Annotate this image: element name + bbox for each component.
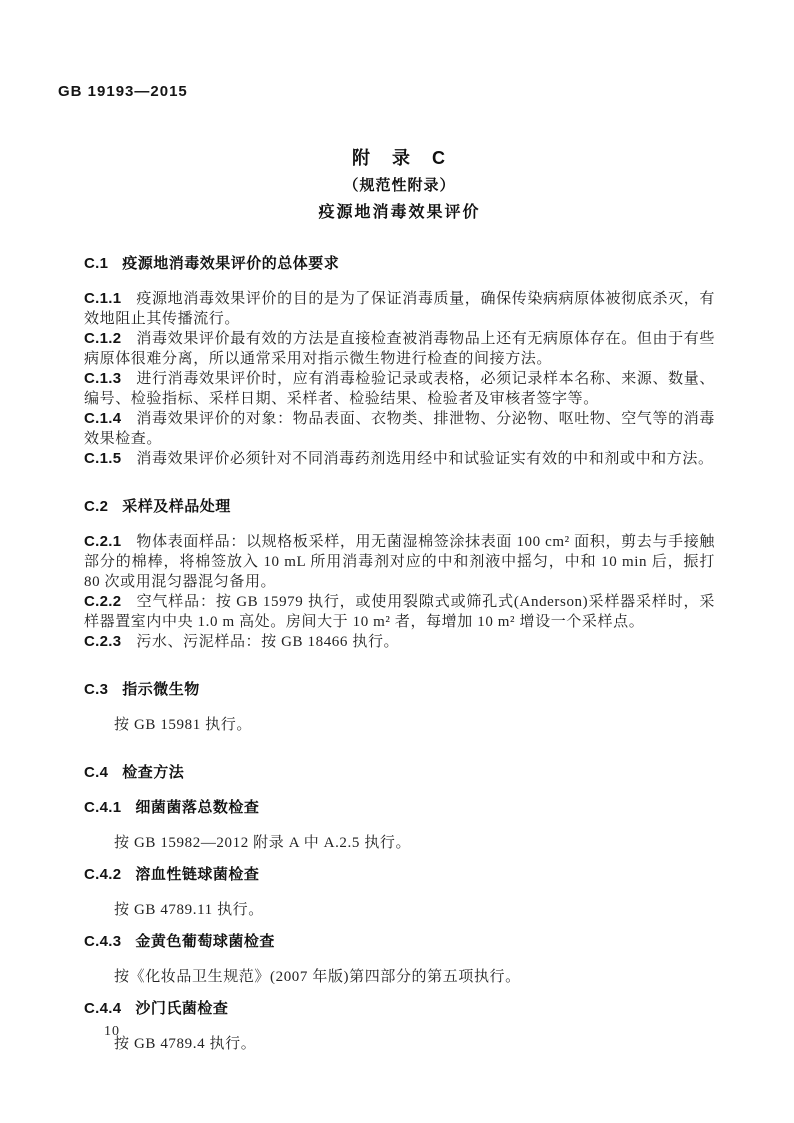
clause-c4-1-body: 按 GB 15982—2012 附录 A 中 A.2.5 执行。: [84, 833, 715, 853]
subsection-heading-c4-3: C.4.3金黄色葡萄球菌检查: [84, 932, 715, 952]
clause-text: 污水、污泥样品：按 GB 18466 执行。: [136, 634, 399, 650]
clause-c4-3-body: 按《化妆品卫生规范》(2007 年版)第四部分的第五项执行。: [84, 967, 715, 987]
subsection-number: C.4.1: [84, 799, 121, 816]
clause-text: 消毒效果评价的对象：物品表面、衣物类、排泄物、分泌物、呕吐物、空气等的消毒效果检…: [84, 411, 715, 447]
subsection-title-text: 金黄色葡萄球菌检查: [135, 933, 275, 950]
clause-c4-2-body: 按 GB 4789.11 执行。: [84, 900, 715, 920]
clause-text: 空气样品：按 GB 15979 执行，或使用裂隙式或筛孔式(Anderson)采…: [84, 594, 715, 630]
document-body: 附 录 C （规范性附录） 疫源地消毒效果评价 C.1疫源地消毒效果评价的总体要…: [84, 141, 715, 1065]
clause-c1-2: C.1.2消毒效果评价最有效的方法是直接检查被消毒物品上还有无病原体存在。但由于…: [84, 329, 715, 369]
section-title-text: 指示微生物: [122, 681, 200, 698]
clause-text: 进行消毒效果评价时，应有消毒检验记录或表格，必须记录样本名称、来源、数量、编号、…: [84, 371, 715, 407]
subsection-title-text: 沙门氏菌检查: [135, 1000, 228, 1017]
section-number: C.4: [84, 764, 108, 781]
clause-text: 物体表面样品：以规格板采样，用无菌湿棉签涂抹表面 100 cm² 面积，剪去与手…: [84, 534, 715, 590]
page-number: 10: [104, 1024, 120, 1040]
section-heading-c1: C.1疫源地消毒效果评价的总体要求: [84, 254, 715, 274]
subsection-heading-c4-2: C.4.2溶血性链球菌检查: [84, 865, 715, 885]
clause-c1-5: C.1.5消毒效果评价必须针对不同消毒药剂选用经中和试验证实有效的中和剂或中和方…: [84, 449, 715, 469]
clause-c2-1: C.2.1物体表面样品：以规格板采样，用无菌湿棉签涂抹表面 100 cm² 面积…: [84, 532, 715, 592]
section-number: C.2: [84, 498, 108, 515]
clause-text: 消毒效果评价最有效的方法是直接检查被消毒物品上还有无病原体存在。但由于有些病原体…: [84, 331, 715, 367]
section-heading-c4: C.4检查方法: [84, 763, 715, 783]
clause-text: 疫源地消毒效果评价的目的是为了保证消毒质量，确保传染病病原体被彻底杀灭，有效地阻…: [84, 291, 715, 327]
document-page: GB 19193—2015 附 录 C （规范性附录） 疫源地消毒效果评价 C.…: [0, 0, 794, 1123]
clause-number: C.1.2: [84, 330, 121, 347]
section-title-text: 疫源地消毒效果评价的总体要求: [122, 255, 339, 272]
clause-text: 消毒效果评价必须针对不同消毒药剂选用经中和试验证实有效的中和剂或中和方法。: [136, 451, 713, 467]
section-heading-c2: C.2采样及样品处理: [84, 497, 715, 517]
clause-c1-1: C.1.1疫源地消毒效果评价的目的是为了保证消毒质量，确保传染病病原体被彻底杀灭…: [84, 289, 715, 329]
section-heading-c3: C.3指示微生物: [84, 680, 715, 700]
appendix-label: 附 录 C: [84, 145, 715, 172]
clause-number: C.2.1: [84, 533, 121, 550]
subsection-title-text: 细菌菌落总数检查: [135, 799, 259, 816]
appendix-kind: （规范性附录）: [84, 172, 715, 199]
clause-number: C.1.5: [84, 450, 121, 467]
subsection-number: C.4.2: [84, 866, 121, 883]
subsection-number: C.4.4: [84, 1000, 121, 1017]
subsection-title-text: 溶血性链球菌检查: [135, 866, 259, 883]
subsection-number: C.4.3: [84, 933, 121, 950]
subsection-heading-c4-1: C.4.1细菌菌落总数检查: [84, 798, 715, 818]
clause-number: C.1.4: [84, 410, 121, 427]
clause-c4-4-body: 按 GB 4789.4 执行。: [84, 1034, 715, 1054]
clause-number: C.1.1: [84, 290, 121, 307]
clause-number: C.2.2: [84, 593, 121, 610]
clause-number: C.2.3: [84, 633, 121, 650]
clause-number: C.1.3: [84, 370, 121, 387]
clause-c2-3: C.2.3污水、污泥样品：按 GB 18466 执行。: [84, 632, 715, 652]
section-number: C.1: [84, 255, 108, 272]
section-title-text: 检查方法: [122, 764, 184, 781]
appendix-title: 疫源地消毒效果评价: [84, 199, 715, 226]
subsection-heading-c4-4: C.4.4沙门氏菌检查: [84, 999, 715, 1019]
clause-c3-body: 按 GB 15981 执行。: [84, 715, 715, 735]
appendix-title-block: 附 录 C （规范性附录） 疫源地消毒效果评价: [84, 145, 715, 226]
clause-c2-2: C.2.2空气样品：按 GB 15979 执行，或使用裂隙式或筛孔式(Ander…: [84, 592, 715, 632]
section-number: C.3: [84, 681, 108, 698]
section-title-text: 采样及样品处理: [122, 498, 231, 515]
clause-c1-4: C.1.4消毒效果评价的对象：物品表面、衣物类、排泄物、分泌物、呕吐物、空气等的…: [84, 409, 715, 449]
standard-number: GB 19193—2015: [58, 83, 188, 100]
clause-c1-3: C.1.3进行消毒效果评价时，应有消毒检验记录或表格，必须记录样本名称、来源、数…: [84, 369, 715, 409]
